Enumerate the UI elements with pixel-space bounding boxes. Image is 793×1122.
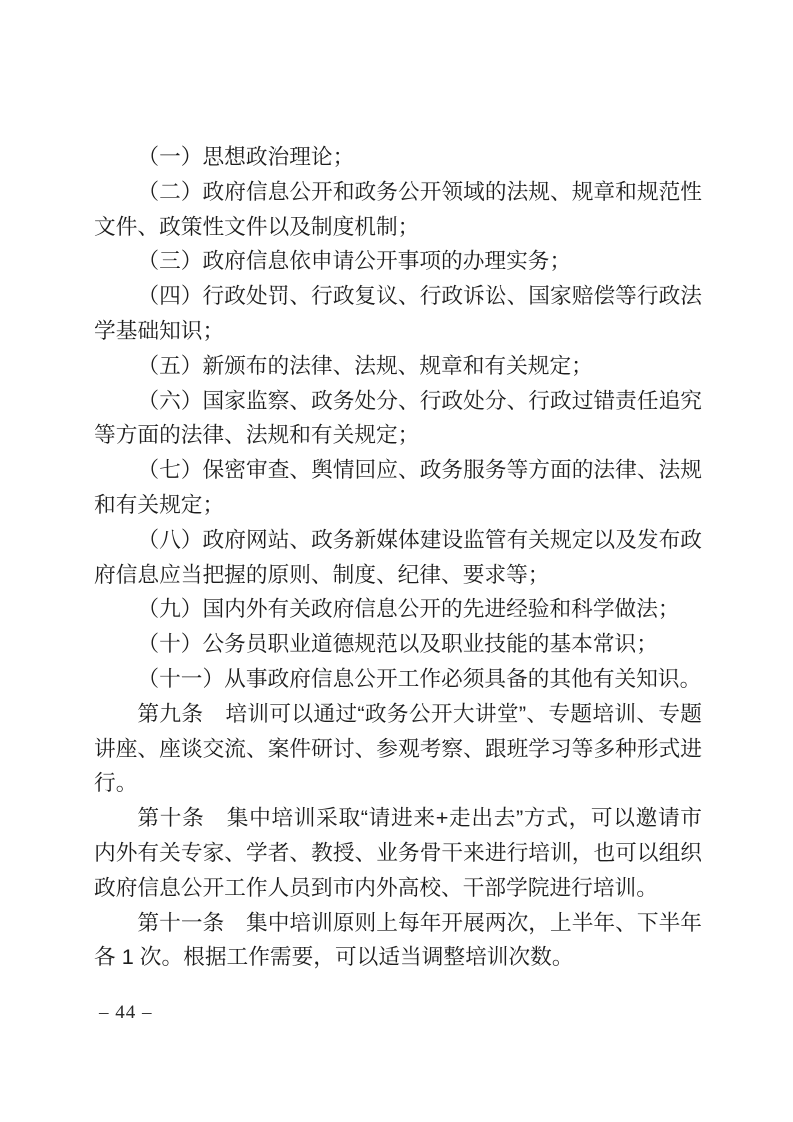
article-9-paragraph: 第九条 培训可以通过“政务公开大讲堂”、专题培训、专题讲座、座谈交流、案件研讨、… [94, 697, 702, 801]
clause-item-3: （三）政府信息依申请公开事项的办理实务； [94, 244, 702, 279]
clause-item-10: （十）公务员职业道德规范以及职业技能的基本常识； [94, 627, 702, 662]
document-page: （一）思想政治理论； （二）政府信息公开和政务公开领域的法规、规章和规范性文件、… [0, 0, 793, 1122]
clause-item-2: （二）政府信息公开和政务公开领域的法规、规章和规范性文件、政策性文件以及制度机制… [94, 175, 702, 245]
clause-item-7: （七）保密审查、舆情回应、政务服务等方面的法律、法规和有关规定； [94, 453, 702, 523]
clause-item-4: （四）行政处罚、行政复议、行政诉讼、国家赔偿等行政法学基础知识； [94, 279, 702, 349]
clause-item-5: （五）新颁布的法律、法规、规章和有关规定； [94, 349, 702, 384]
clause-item-6: （六）国家监察、政务处分、行政处分、行政过错责任追究等方面的法律、法规和有关规定… [94, 384, 702, 454]
clause-item-9: （九）国内外有关政府信息公开的先进经验和科学做法； [94, 592, 702, 627]
document-body: （一）思想政治理论； （二）政府信息公开和政务公开领域的法规、规章和规范性文件、… [94, 140, 702, 975]
clause-item-1: （一）思想政治理论； [94, 140, 702, 175]
clause-item-11: （十一）从事政府信息公开工作必须具备的其他有关知识。 [94, 662, 702, 697]
page-number: – 44 – [99, 1002, 153, 1024]
article-11-paragraph: 第十一条 集中培训原则上每年开展两次，上半年、下半年各 1 次。根据工作需要，可… [94, 906, 702, 976]
clause-item-8: （八）政府网站、政务新媒体建设监管有关规定以及发布政府信息应当把握的原则、制度、… [94, 523, 702, 593]
article-10-paragraph: 第十条 集中培训采取“请进来+走出去”方式，可以邀请市内外有关专家、学者、教授、… [94, 801, 702, 905]
